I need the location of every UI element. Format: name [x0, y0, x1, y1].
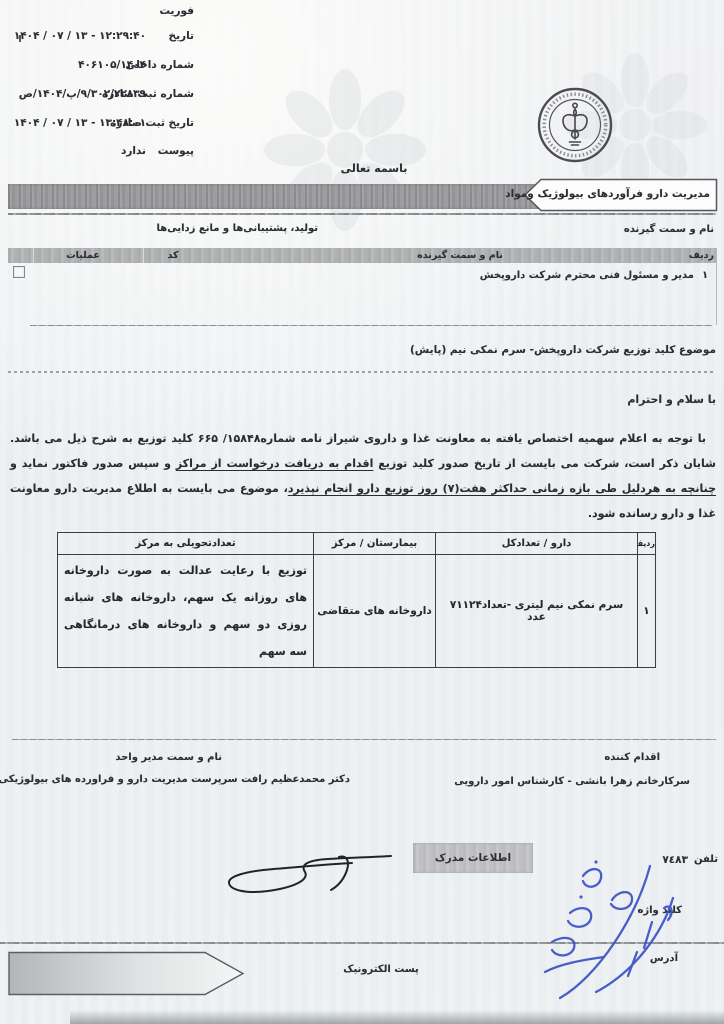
- black-pen-scribble: [229, 856, 391, 892]
- scanned-letter-page: فوریت تاریخ ۱۲:۲۹:۴۰ - ۱۳ / ۰۷ / ۱۴۰۴ شم…: [0, 0, 724, 1024]
- ink-marks-overlay: [0, 0, 724, 1024]
- scan-shadow-band: [70, 1010, 724, 1024]
- handwritten-signature: [545, 860, 673, 998]
